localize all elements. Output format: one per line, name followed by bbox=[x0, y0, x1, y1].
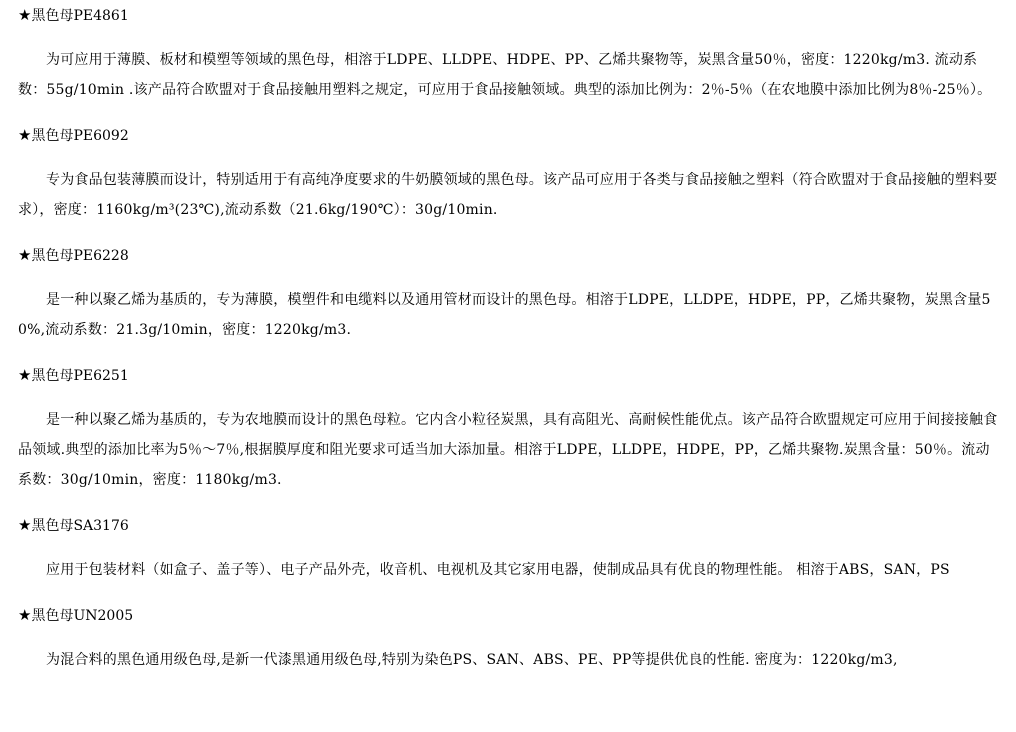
product-un2005: ★黑色母UN2005 为混合料的黑色通用级色母,是新一代漆黑通用级色母,特别为染… bbox=[18, 600, 998, 675]
product-title-text: 黑色母UN2005 bbox=[31, 608, 133, 624]
product-pe6092: ★黑色母PE6092 专为食品包装薄膜而设计，特别适用于有高纯净度要求的牛奶膜领… bbox=[18, 120, 998, 225]
star-icon: ★ bbox=[18, 606, 31, 624]
product-description: 是一种以聚乙烯为基质的，专为农地膜而设计的黑色母粒。它内含小粒径炭黑，具有高阻光… bbox=[18, 405, 998, 495]
product-title: ★黑色母PE6092 bbox=[18, 120, 998, 150]
product-title: ★黑色母SA3176 bbox=[18, 510, 998, 540]
product-pe6251: ★黑色母PE6251 是一种以聚乙烯为基质的，专为农地膜而设计的黑色母粒。它内含… bbox=[18, 360, 998, 495]
product-title: ★黑色母UN2005 bbox=[18, 600, 998, 630]
star-icon: ★ bbox=[18, 126, 31, 144]
product-title: ★黑色母PE6228 bbox=[18, 240, 998, 270]
product-title-text: 黑色母PE6228 bbox=[31, 248, 128, 264]
star-icon: ★ bbox=[18, 516, 31, 534]
product-description: 专为食品包装薄膜而设计，特别适用于有高纯净度要求的牛奶膜领域的黑色母。该产品可应… bbox=[18, 165, 998, 225]
product-description: 为混合料的黑色通用级色母,是新一代漆黑通用级色母,特别为染色PS、SAN、ABS… bbox=[18, 645, 998, 675]
product-pe4861: ★黑色母PE4861 为可应用于薄膜、板材和模塑等领域的黑色母，相溶于LDPE、… bbox=[18, 0, 998, 105]
document-body: ★黑色母PE4861 为可应用于薄膜、板材和模塑等领域的黑色母，相溶于LDPE、… bbox=[0, 0, 998, 675]
product-title-text: 黑色母PE6092 bbox=[31, 128, 128, 144]
product-title: ★黑色母PE6251 bbox=[18, 360, 998, 390]
product-sa3176: ★黑色母SA3176 应用于包装材料（如盒子、盖子等）、电子产品外壳，收音机、电… bbox=[18, 510, 998, 585]
product-title: ★黑色母PE4861 bbox=[18, 0, 998, 30]
product-pe6228: ★黑色母PE6228 是一种以聚乙烯为基质的，专为薄膜，模塑件和电缆料以及通用管… bbox=[18, 240, 998, 345]
star-icon: ★ bbox=[18, 246, 31, 264]
star-icon: ★ bbox=[18, 366, 31, 384]
product-description: 应用于包装材料（如盒子、盖子等）、电子产品外壳，收音机、电视机及其它家用电器，使… bbox=[18, 555, 998, 585]
star-icon: ★ bbox=[18, 6, 31, 24]
product-title-text: 黑色母SA3176 bbox=[31, 518, 128, 534]
product-title-text: 黑色母PE4861 bbox=[31, 8, 128, 24]
product-description: 为可应用于薄膜、板材和模塑等领域的黑色母，相溶于LDPE、LLDPE、HDPE、… bbox=[18, 45, 998, 105]
product-description: 是一种以聚乙烯为基质的，专为薄膜，模塑件和电缆料以及通用管材而设计的黑色母。相溶… bbox=[18, 285, 998, 345]
product-title-text: 黑色母PE6251 bbox=[31, 368, 128, 384]
